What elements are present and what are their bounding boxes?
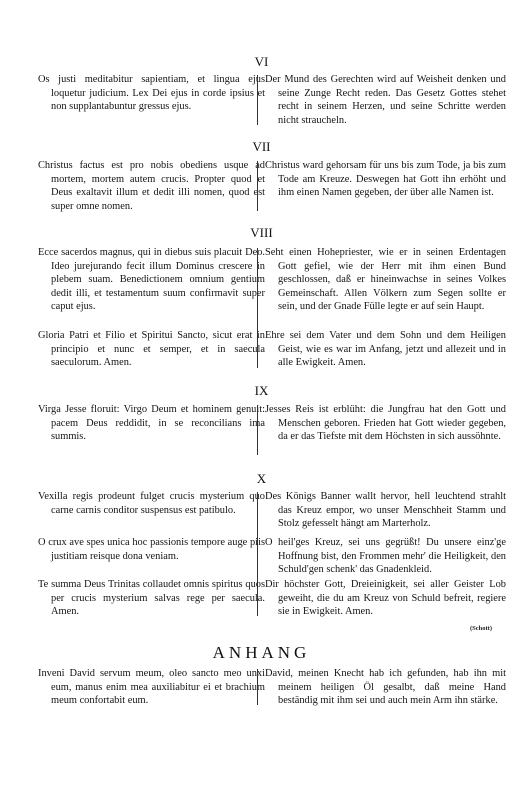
latin-text-x-3: Te summa Deus Trinitas collaudet omnis s… — [38, 578, 265, 619]
section-heading-viii: VIII — [0, 226, 523, 240]
german-text-viii-2: Ehre sei dem Vater und dem Sohn und dem … — [265, 329, 506, 370]
section-heading-vii: VII — [0, 140, 523, 154]
german-text-ix: Jesses Reis ist erblüht: die Jungfrau ha… — [265, 403, 506, 444]
german-text-appendix: David, meinen Knecht hab ich gefunden, h… — [265, 667, 506, 708]
column-divider — [257, 75, 258, 125]
german-text-x-3: Dir höchster Gott, Dreieinigkeit, sei al… — [265, 578, 506, 619]
german-text-viii-1: Seht einen Hohepriester, wie er in seine… — [265, 246, 506, 314]
latin-text-vi: Os justi meditabitur sapientiam, et ling… — [38, 73, 265, 114]
column-divider — [257, 161, 258, 211]
german-text-vii: Christus ward gehorsam für uns bis zum T… — [265, 159, 506, 200]
appendix-title: ANHANG — [0, 644, 523, 662]
latin-text-viii-1: Ecce sacerdos magnus, qui in diebus suis… — [38, 246, 265, 314]
latin-text-vii: Christus factus est pro nobis obediens u… — [38, 159, 265, 213]
section-heading-vi: VI — [0, 55, 523, 69]
latin-text-ix: Virga Jesse floruit: Virgo Deum et homin… — [38, 403, 265, 444]
latin-text-viii-2: Gloria Patri et Filio et Spiritui Sancto… — [38, 329, 265, 370]
latin-text-appendix: Inveni David servum meum, oleo sancto me… — [38, 667, 265, 708]
column-divider — [257, 669, 258, 705]
section-heading-x: X — [0, 472, 523, 486]
column-divider — [257, 405, 258, 455]
section-heading-ix: IX — [0, 384, 523, 398]
document-page: VI Os justi meditabitur sapientiam, et l… — [0, 0, 523, 800]
german-text-vi: Der Mund des Gerechten wird auf Weisheit… — [265, 73, 506, 127]
german-text-x-1: Des Königs Banner wallt hervor, hell leu… — [265, 490, 506, 531]
source-citation: (Schott) — [440, 625, 492, 633]
german-text-x-2: O heil'ges Kreuz, sei uns gegrüßt! Du un… — [265, 536, 506, 577]
latin-text-x-2: O crux ave spes unica hoc passionis temp… — [38, 536, 265, 563]
latin-text-x-1: Vexilla regis prodeunt fulget crucis mys… — [38, 490, 265, 517]
